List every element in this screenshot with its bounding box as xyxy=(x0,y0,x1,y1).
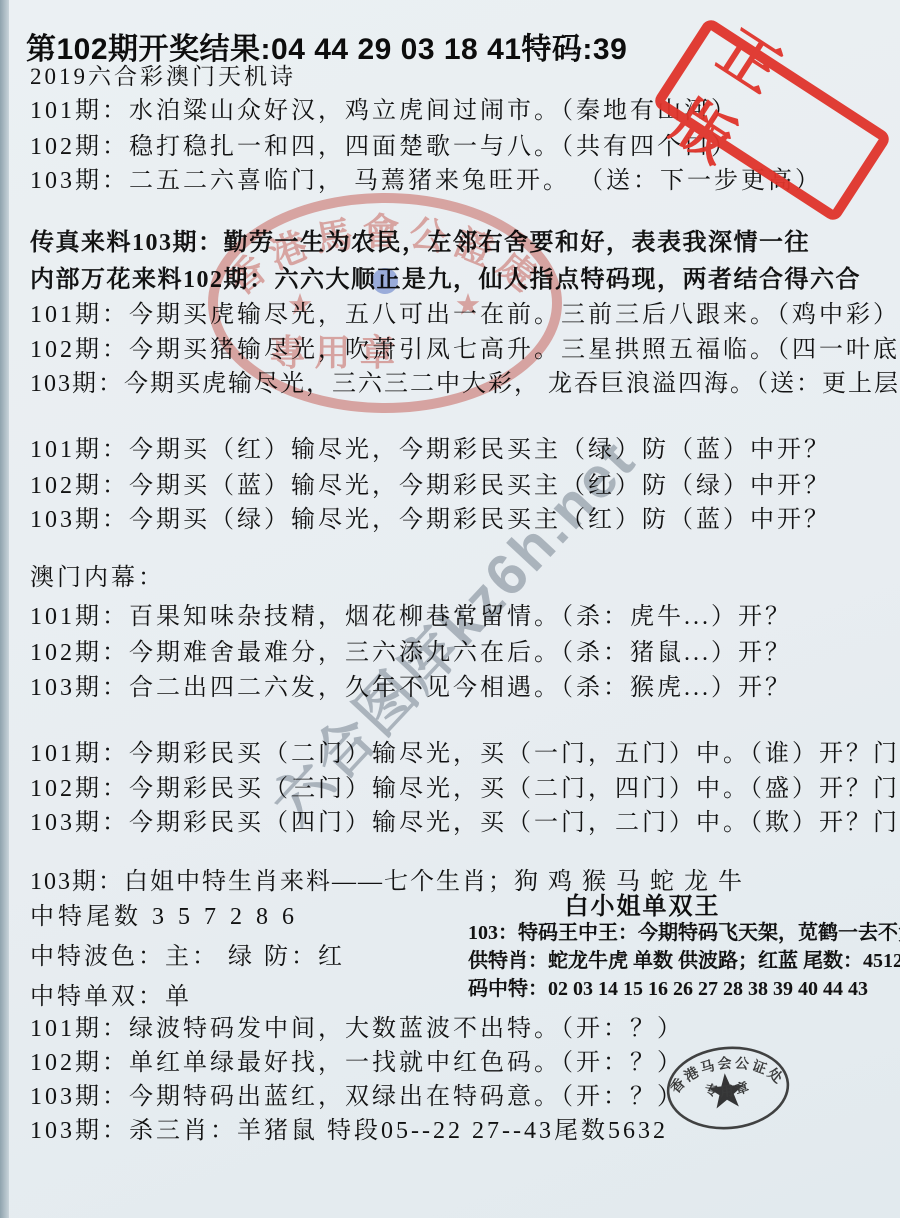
baixiaojie-title: 白小姐单双王 xyxy=(470,886,815,921)
baixiaojie-line: 供特肖：蛇龙牛虎 单数 供波路；红蓝 尾数：4512 xyxy=(468,950,900,973)
prediction-line: 102期：单红单绿最好找，一找就中红色码。（开：？） xyxy=(30,1050,684,1078)
odd-even-line: 中特单双：单 xyxy=(30,984,192,1012)
kill-zodiac-line: 103期：杀三肖：羊猪鼠 特段05--22 27--43尾数5632 xyxy=(30,1118,668,1146)
red-circle-seal: 香港馬會公證處 專用章 xyxy=(185,175,585,435)
door-line: 103期：今期彩民买（四门）输尽光，买（一门，二门）中。（欺）开？门 xyxy=(30,810,900,838)
seal-bottom-text: 專用章 xyxy=(269,332,404,373)
macau-heading: 澳门内幕： xyxy=(30,565,165,593)
notary-seal: 香港马会公证处 专用章 xyxy=(660,1040,800,1136)
page-title: 第102期开奖结果:04 44 29 03 18 41特码:39 xyxy=(26,24,627,68)
document-page: 第102期开奖结果:04 44 29 03 18 41特码:39 2019六合彩… xyxy=(0,0,900,1218)
emblem-icon xyxy=(372,268,398,294)
baixiaojie-line: 103：特码王中王：今期特码飞天架，苋鹤一去不复返 xyxy=(468,922,900,945)
poem-heading: 2019六合彩澳门天机诗 xyxy=(30,64,296,90)
tail-numbers-line: 中特尾数 3 5 7 2 8 6 xyxy=(30,904,298,932)
door-line: 102期：今期彩民买（三门）输尽光，买（二门，四门）中。（盛）开？门 xyxy=(30,776,900,804)
scan-edge-strip xyxy=(0,0,9,1218)
star-icon xyxy=(457,293,480,315)
prediction-line: 103期：今期特码出蓝红，双绿出在特码意。（开：？） xyxy=(30,1084,684,1112)
colorbet-line: 103期：今期买（绿）输尽光，今期彩民买主（红）防（蓝）中开？ xyxy=(30,507,831,535)
colorbet-line: 101期：今期买（红）输尽光，今期彩民买主（绿）防（蓝）中开？ xyxy=(30,437,831,465)
colorbet-line: 102期：今期买（蓝）输尽光，今期彩民买主（红）防（绿）中开？ xyxy=(30,473,831,501)
prediction-line: 101期：绿波特码发中间，大数蓝波不出特。（开：？） xyxy=(30,1016,684,1044)
seal-bottom-text: 专用章 xyxy=(702,1077,754,1101)
baixiaojie-line: 码中特：02 03 14 15 16 26 27 28 38 39 40 44 … xyxy=(468,978,868,1001)
star-icon xyxy=(289,293,312,315)
wave-color-line: 中特波色：主： 绿 防：红 xyxy=(30,944,345,972)
poem-line: 102期：稳打稳扎一和四，四面楚歌一与八。（共有四个口） xyxy=(30,134,738,162)
poem-line: 101期：水泊粱山众好汉，鸡立虎间过闹市。（秦地有山河） xyxy=(30,98,738,126)
door-line: 101期：今期彩民买（二门）输尽光，买（一门，五门）中。（谁）开？门 xyxy=(30,741,900,769)
